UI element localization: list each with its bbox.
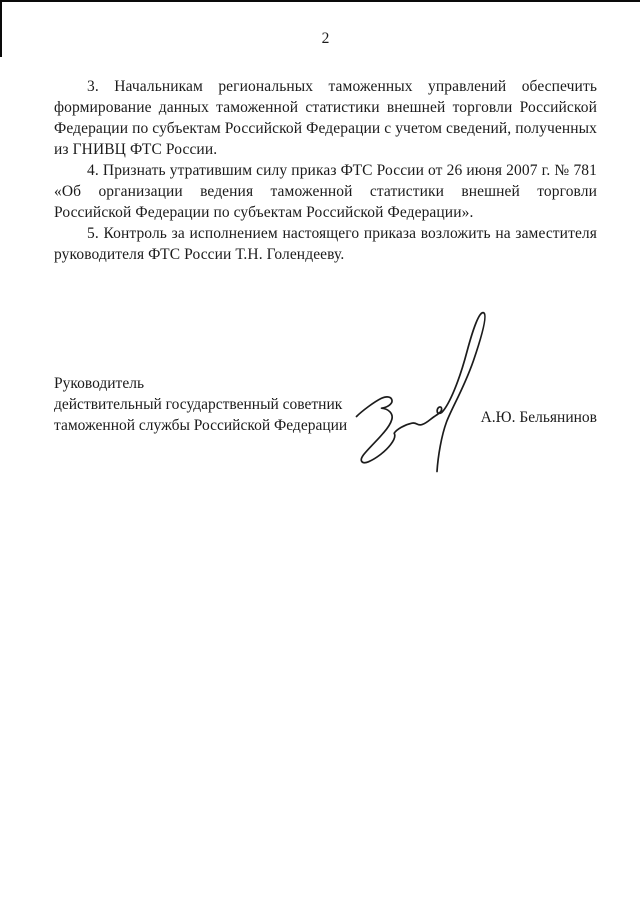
scan-edge-artifact-top <box>0 0 640 2</box>
scan-edge-artifact-left <box>0 0 2 57</box>
paragraph-item-3: 3. Начальникам региональных таможенных у… <box>54 76 597 160</box>
signatory-name: А.Ю. Бельянинов <box>481 407 597 428</box>
signatory-title-line-1: Руководитель <box>54 373 597 394</box>
handwritten-signature-icon <box>352 296 494 476</box>
document-body: 3. Начальникам региональных таможенных у… <box>54 76 597 265</box>
paragraph-item-5: 5. Контроль за исполнением настоящего пр… <box>54 223 597 265</box>
signature-block: Руководитель действительный государствен… <box>54 373 597 463</box>
paragraph-item-4: 4. Признать утратившим силу приказ ФТС Р… <box>54 160 597 223</box>
page-number: 2 <box>54 28 597 49</box>
document-page: 2 3. Начальникам региональных таможенных… <box>0 0 640 900</box>
